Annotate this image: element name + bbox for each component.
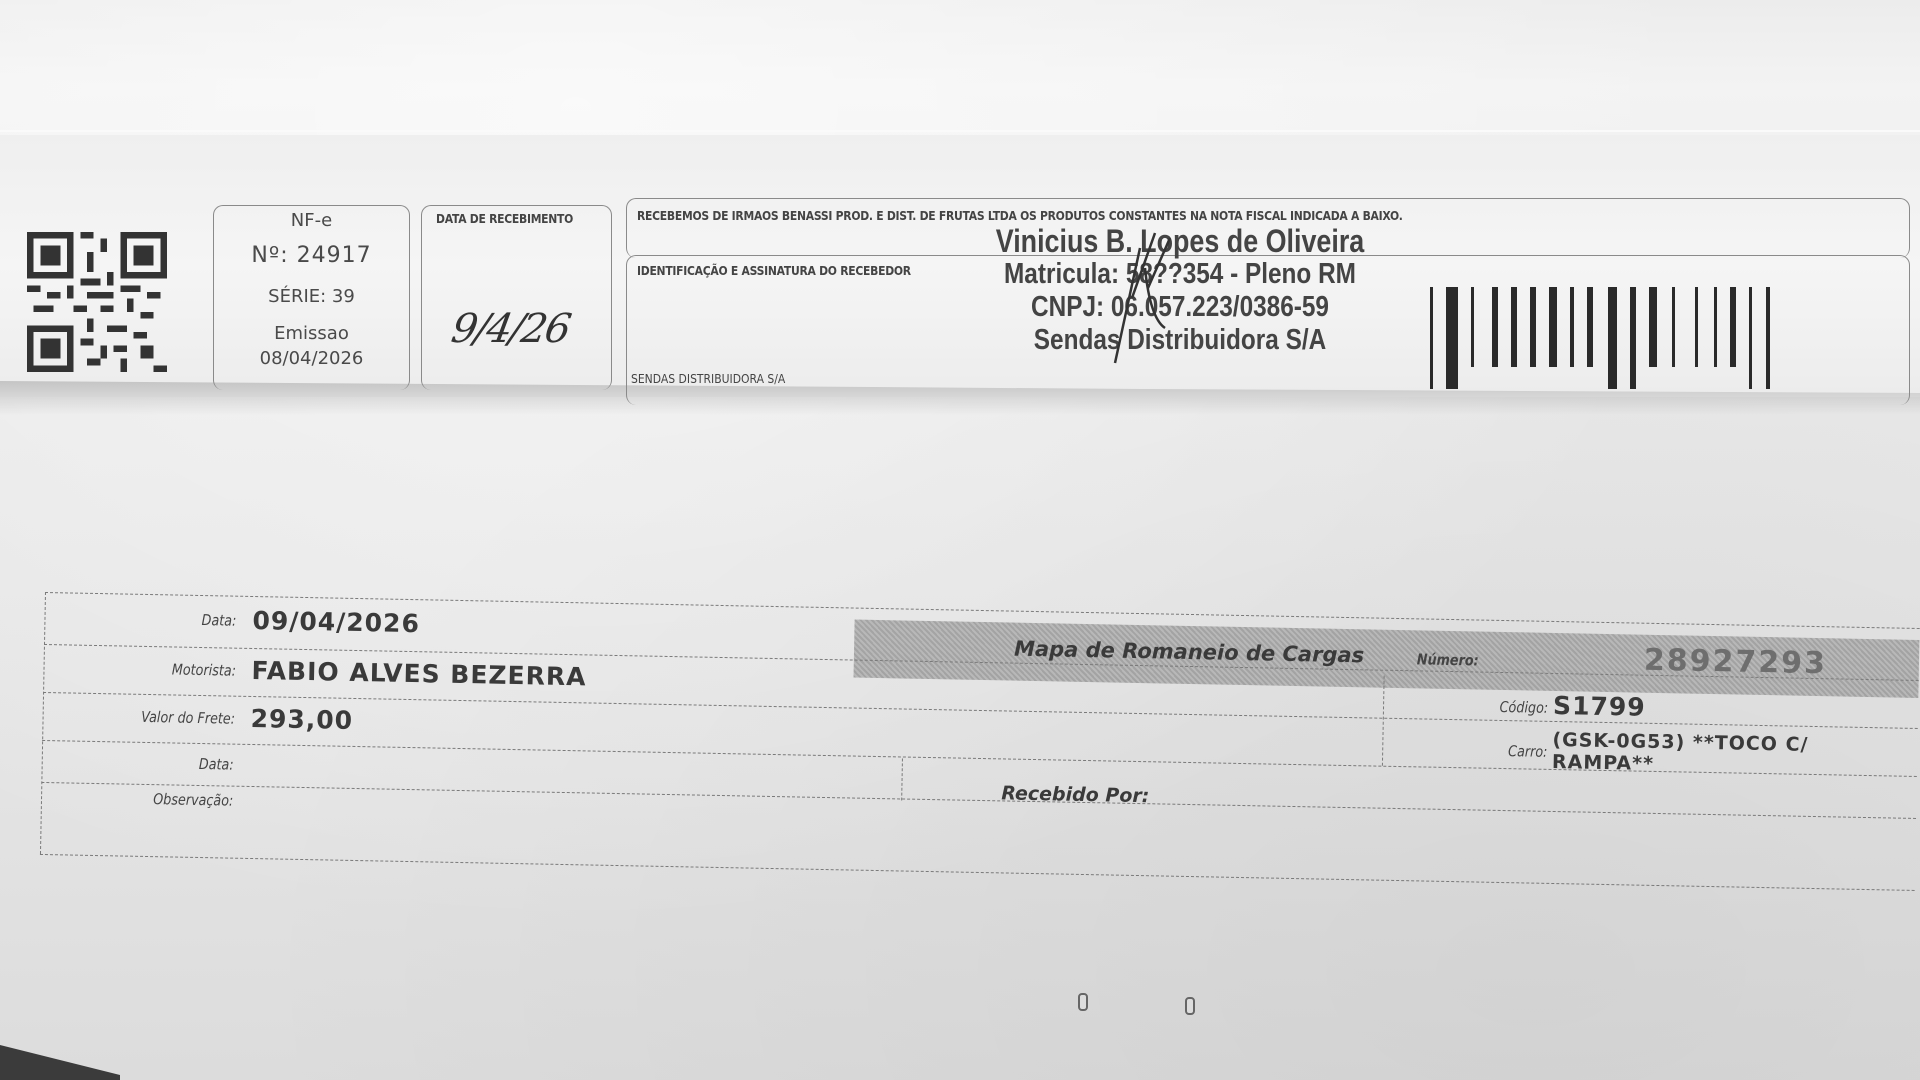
motorista-value: FABIO ALVES BEZERRA: [251, 656, 587, 691]
identificacao-label: IDENTIFICAÇÃO E ASSINATURA DO RECEBEDOR: [637, 264, 911, 278]
nfe-number: Nº: 24917: [214, 243, 409, 268]
observacao-label: Observação:: [153, 790, 233, 810]
carro-label: Carro:: [1508, 742, 1548, 761]
data2-label: Data:: [199, 755, 234, 774]
row-divider: [41, 782, 1916, 819]
footer-company: SENDAS DISTRIBUIDORA S/A: [631, 372, 785, 386]
stamp-matricula: Matricula: 58??354 - Pleno RM: [995, 258, 1365, 291]
stamp-company: Sendas Distribuidora S/A: [995, 324, 1365, 357]
valor-frete-value: 293,00: [250, 704, 353, 735]
nfe-emissao-date: 08/04/2026: [214, 348, 409, 369]
barcode-icon: [1430, 282, 1870, 392]
handwritten-date: 9/4/26: [448, 306, 573, 352]
punch-hole: [1185, 997, 1195, 1015]
punch-hole: [1078, 993, 1088, 1011]
recebemos-text: RECEBEMOS DE IRMAOS BENASSI PROD. E DIST…: [637, 209, 1403, 223]
carro-value: (GSK-0G53) **TOCO C/ RAMPA**: [1552, 729, 1809, 778]
nfe-label: NF-e: [214, 210, 409, 231]
nfe-serie: SÉRIE: 39: [214, 286, 409, 307]
signature-mark: [1110, 228, 1180, 368]
paper-fold: [0, 130, 1920, 132]
data-recebimento-label: DATA DE RECEBIMENTO: [436, 212, 573, 226]
codigo-label: Código:: [1499, 698, 1548, 717]
stamp-name: Vinicius B. Lopes de Oliveira: [995, 225, 1365, 258]
codigo-value: S1799: [1553, 691, 1646, 722]
romaneio-table: Data: 09/04/2026 Mapa de Romaneio de Car…: [40, 592, 1920, 890]
data-recebimento-box: DATA DE RECEBIMENTO 9/4/26: [421, 205, 612, 390]
nfe-box: NF-e Nº: 24917 SÉRIE: 39 Emissao 08/04/2…: [213, 205, 410, 390]
stamp-cnpj: CNPJ: 06.057.223/0386-59: [995, 291, 1365, 324]
receiver-stamp: Vinicius B. Lopes de Oliveira Matricula:…: [960, 225, 1400, 357]
numero-label: Número:: [1417, 650, 1479, 669]
data-value: 09/04/2026: [252, 606, 420, 638]
nfe-emissao-label: Emissao: [214, 323, 409, 344]
qr-code-icon: [22, 232, 172, 372]
numero-value: 28927293: [1644, 643, 1828, 682]
col-divider: [901, 758, 903, 800]
motorista-label: Motorista:: [171, 660, 235, 679]
data-label: Data:: [202, 611, 237, 630]
valor-frete-label: Valor do Frete:: [141, 708, 235, 728]
recebido-por-label: Recebido Por:: [1001, 782, 1149, 807]
col-divider: [1382, 676, 1385, 766]
